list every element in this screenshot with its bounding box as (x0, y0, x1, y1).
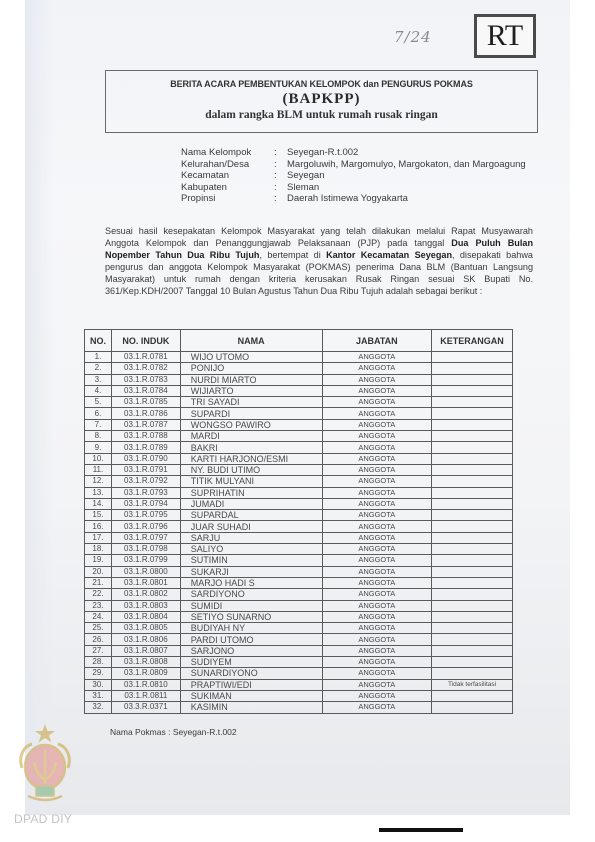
cell-nama: TRI SAYADI (180, 397, 322, 408)
cell-jabatan: ANGGOTA (322, 442, 432, 453)
cell-jabatan: ANGGOTA (322, 634, 432, 645)
cell-keterangan (432, 532, 513, 543)
cell-no: 30. (85, 679, 112, 690)
cell-no-induk: 03.1.R.0800 (111, 566, 180, 577)
info-row: Kabupaten:Sleman (181, 182, 526, 194)
cell-no: 1. (85, 352, 112, 363)
info-colon: : (274, 193, 287, 205)
cell-no-induk: 03.1.R.0790 (111, 453, 180, 464)
table-row: 10.03.1.R.0790KARTI HARJONO/ESMIANGGOTA (85, 453, 513, 464)
cell-no-induk: 03.1.R.0793 (111, 487, 180, 498)
cell-no-induk: 03.1.R.0808 (111, 657, 180, 668)
cell-jabatan: ANGGOTA (322, 555, 432, 566)
cell-jabatan: ANGGOTA (322, 464, 432, 475)
table-row: 32.03.3.R.0371KASIMINANGGOTA (85, 702, 513, 713)
paragraph-text: , bertempat di (259, 250, 326, 260)
table-row: 30.03.1.R.0810PRAPTIWI/EDIANGGOTATidak t… (85, 679, 513, 690)
cell-no: 28. (85, 657, 112, 668)
cell-nama: SUPARDAL (180, 510, 322, 521)
cell-no: 21. (85, 577, 112, 588)
cell-jabatan: ANGGOTA (322, 521, 432, 532)
cell-no: 7. (85, 419, 112, 430)
cell-nama: SUNARDIYONO (180, 668, 322, 679)
table-row: 24.03.1.R.0804SETIYO SUNARNOANGGOTA (85, 611, 513, 622)
table-row: 26.03.1.R.0806PARDI UTOMOANGGOTA (85, 634, 513, 645)
members-table: NO. NO. INDUK NAMA JABATAN KETERANGAN 1.… (84, 329, 513, 714)
cell-no-induk: 03.1.R.0795 (111, 510, 180, 521)
cell-no: 31. (85, 690, 112, 701)
category-box: RT (474, 14, 536, 58)
cell-jabatan: ANGGOTA (322, 397, 432, 408)
cell-no-induk: 03.1.R.0787 (111, 419, 180, 430)
header-no: NO. (85, 330, 112, 352)
cell-no-induk: 03.1.R.0785 (111, 397, 180, 408)
cell-no-induk: 03.1.R.0805 (111, 623, 180, 634)
cell-no-induk: 03.1.R.0807 (111, 645, 180, 656)
cell-jabatan: ANGGOTA (322, 566, 432, 577)
table-row: 19.03.1.R.0799SUTIMINANGGOTA (85, 555, 513, 566)
table-row: 17.03.1.R.0797SARJUANGGOTA (85, 532, 513, 543)
cell-jabatan: ANGGOTA (322, 600, 432, 611)
cell-keterangan (432, 408, 513, 419)
cell-no-induk: 03.1.R.0781 (111, 352, 180, 363)
cell-nama: SUMIDI (180, 600, 322, 611)
table-row: 20.03.1.R.0800SUKARJIANGGOTA (85, 566, 513, 577)
cell-no: 13. (85, 487, 112, 498)
cell-nama: NURDI MIARTO (180, 374, 322, 385)
cell-no-induk: 03.1.R.0791 (111, 464, 180, 475)
pokmas-value: Seyegan-R.t.002 (173, 727, 237, 737)
cell-no-induk: 03.1.R.0783 (111, 374, 180, 385)
pokmas-name: Nama Pokmas : Seyegan-R.t.002 (110, 727, 237, 737)
table-row: 27.03.1.R.0807SARJONOANGGOTA (85, 645, 513, 656)
cell-nama: SUTIMIN (180, 555, 322, 566)
cell-nama: WIJO UTOMO (180, 352, 322, 363)
cell-no: 10. (85, 453, 112, 464)
cell-no: 11. (85, 464, 112, 475)
cell-no-induk: 03.3.R.0371 (111, 702, 180, 713)
info-value: Margoluwih, Margomulyo, Margokaton, dan … (287, 159, 526, 171)
info-row: Nama Kelompok:Seyegan-R.t.002 (181, 147, 526, 159)
table-row: 11.03.1.R.0791NY. BUDI UTIMOANGGOTA (85, 464, 513, 475)
cell-jabatan: ANGGOTA (322, 498, 432, 509)
cell-jabatan: ANGGOTA (322, 690, 432, 701)
header-no-induk: NO. INDUK (111, 330, 180, 352)
cell-no: 27. (85, 645, 112, 656)
cell-no-induk: 03.1.R.0788 (111, 431, 180, 442)
cell-no: 19. (85, 555, 112, 566)
government-emblem-icon (14, 722, 76, 804)
cell-jabatan: ANGGOTA (322, 374, 432, 385)
cell-keterangan: Tidak terfasilitasi (432, 679, 513, 690)
table-row: 8.03.1.R.0788MARDIANGGOTA (85, 431, 513, 442)
cell-jabatan: ANGGOTA (322, 702, 432, 713)
cell-no: 4. (85, 385, 112, 396)
cell-nama: PARDI UTOMO (180, 634, 322, 645)
cell-keterangan (432, 577, 513, 588)
cell-keterangan (432, 634, 513, 645)
table-row: 21.03.1.R.0801MARJO HADI SANGGOTA (85, 577, 513, 588)
cell-nama: SUKIMAN (180, 690, 322, 701)
cell-no: 20. (85, 566, 112, 577)
cell-jabatan: ANGGOTA (322, 487, 432, 498)
cell-keterangan (432, 668, 513, 679)
cell-keterangan (432, 623, 513, 634)
info-value: Seyegan-R.t.002 (287, 147, 358, 159)
cell-no-induk: 03.1.R.0810 (111, 679, 180, 690)
table-row: 6.03.1.R.0786SUPARDIANGGOTA (85, 408, 513, 419)
document-title-box: BERITA ACARA PEMBENTUKAN KELOMPOK dan PE… (105, 70, 538, 133)
info-value: Sleman (287, 182, 319, 194)
cell-no: 6. (85, 408, 112, 419)
cell-keterangan (432, 645, 513, 656)
cell-no: 12. (85, 476, 112, 487)
table-row: 31.03.1.R.0811SUKIMANANGGOTA (85, 690, 513, 701)
cell-no: 15. (85, 510, 112, 521)
cell-jabatan: ANGGOTA (322, 611, 432, 622)
table-row: 2.03.1.R.0782PONIJOANGGOTA (85, 363, 513, 374)
table-row: 28.03.1.R.0808SUDIYEMANGGOTA (85, 657, 513, 668)
cell-no-induk: 03.1.R.0782 (111, 363, 180, 374)
cell-nama: SARJU (180, 532, 322, 543)
table-row: 16.03.1.R.0796JUAR SUHADIANGGOTA (85, 521, 513, 532)
cell-keterangan (432, 555, 513, 566)
cell-no: 25. (85, 623, 112, 634)
info-colon: : (274, 182, 287, 194)
info-colon: : (274, 147, 287, 159)
cell-keterangan (432, 611, 513, 622)
cell-nama: SARJONO (180, 645, 322, 656)
cell-keterangan (432, 600, 513, 611)
cell-no: 3. (85, 374, 112, 385)
table-row: 18.03.1.R.0798SALIYOANGGOTA (85, 544, 513, 555)
table-row: 9.03.1.R.0789BAKRIANGGOTA (85, 442, 513, 453)
cell-jabatan: ANGGOTA (322, 544, 432, 555)
cell-keterangan (432, 352, 513, 363)
cell-keterangan (432, 544, 513, 555)
cell-nama: JUMADI (180, 498, 322, 509)
cell-nama: SETIYO SUNARNO (180, 611, 322, 622)
table-header-row: NO. NO. INDUK NAMA JABATAN KETERANGAN (85, 330, 513, 352)
cell-nama: SUKARJI (180, 566, 322, 577)
cell-nama: TITIK MULYANI (180, 476, 322, 487)
cell-no-induk: 03.1.R.0803 (111, 600, 180, 611)
cell-keterangan (432, 690, 513, 701)
cell-keterangan (432, 419, 513, 430)
cell-no-induk: 03.1.R.0794 (111, 498, 180, 509)
cell-keterangan (432, 397, 513, 408)
table-row: 25.03.1.R.0805BUDIYAH NYANGGOTA (85, 623, 513, 634)
table-row: 1.03.1.R.0781WIJO UTOMOANGGOTA (85, 352, 513, 363)
cell-nama: NY. BUDI UTIMO (180, 464, 322, 475)
cell-no-induk: 03.1.R.0797 (111, 532, 180, 543)
cell-keterangan (432, 442, 513, 453)
cell-jabatan: ANGGOTA (322, 679, 432, 690)
document-title: BERITA ACARA PEMBENTUKAN KELOMPOK dan PE… (106, 79, 537, 89)
handwritten-page-mark: 7/24 (394, 28, 432, 46)
cell-jabatan: ANGGOTA (322, 657, 432, 668)
cell-jabatan: ANGGOTA (322, 510, 432, 521)
cell-no-induk: 03.1.R.0811 (111, 690, 180, 701)
cell-nama: WIJIARTO (180, 385, 322, 396)
cell-keterangan (432, 510, 513, 521)
cell-jabatan: ANGGOTA (322, 532, 432, 543)
pokmas-label: Nama Pokmas (110, 727, 166, 737)
cell-nama: PRAPTIWI/EDI (180, 679, 322, 690)
cell-no-induk: 03.1.R.0789 (111, 442, 180, 453)
cell-keterangan (432, 702, 513, 713)
info-label: Kelurahan/Desa (181, 159, 274, 171)
header-jabatan: JABATAN (322, 330, 432, 352)
cell-nama: MARJO HADI S (180, 577, 322, 588)
table-row: 3.03.1.R.0783NURDI MIARTOANGGOTA (85, 374, 513, 385)
cell-no-induk: 03.1.R.0784 (111, 385, 180, 396)
cell-no: 22. (85, 589, 112, 600)
cell-jabatan: ANGGOTA (322, 589, 432, 600)
cell-keterangan (432, 431, 513, 442)
cell-jabatan: ANGGOTA (322, 363, 432, 374)
cell-no-induk: 03.1.R.0809 (111, 668, 180, 679)
info-label: Kecamatan (181, 170, 274, 182)
cell-nama: MARDI (180, 431, 322, 442)
statement-paragraph: Sesuai hasil kesepakatan Kelompok Masyar… (105, 225, 533, 298)
cell-jabatan: ANGGOTA (322, 408, 432, 419)
cell-nama: SALIYO (180, 544, 322, 555)
info-label: Nama Kelompok (181, 147, 274, 159)
info-row: Kelurahan/Desa:Margoluwih, Margomulyo, M… (181, 159, 526, 171)
cell-jabatan: ANGGOTA (322, 385, 432, 396)
cell-keterangan (432, 363, 513, 374)
cell-keterangan (432, 476, 513, 487)
info-colon: : (274, 159, 287, 171)
header-keterangan: KETERANGAN (432, 330, 513, 352)
cell-jabatan: ANGGOTA (322, 476, 432, 487)
cell-no-induk: 03.1.R.0799 (111, 555, 180, 566)
cell-keterangan (432, 657, 513, 668)
cell-jabatan: ANGGOTA (322, 645, 432, 656)
cell-jabatan: ANGGOTA (322, 453, 432, 464)
table-row: 7.03.1.R.0787WONGSO PAWIROANGGOTA (85, 419, 513, 430)
cell-jabatan: ANGGOTA (322, 668, 432, 679)
cell-no: 9. (85, 442, 112, 453)
cell-nama: PONIJO (180, 363, 322, 374)
cell-nama: KARTI HARJONO/ESMI (180, 453, 322, 464)
cell-no-induk: 03.1.R.0806 (111, 634, 180, 645)
info-label: Propinsi (181, 193, 274, 205)
cell-no-induk: 03.1.R.0804 (111, 611, 180, 622)
cell-nama: WONGSO PAWIRO (180, 419, 322, 430)
cell-jabatan: ANGGOTA (322, 623, 432, 634)
cell-nama: JUAR SUHADI (180, 521, 322, 532)
table-row: 29.03.1.R.0809SUNARDIYONOANGGOTA (85, 668, 513, 679)
cell-nama: SUPARDI (180, 408, 322, 419)
table-row: 15.03.1.R.0795SUPARDALANGGOTA (85, 510, 513, 521)
cell-keterangan (432, 566, 513, 577)
cell-no: 8. (85, 431, 112, 442)
cell-no: 5. (85, 397, 112, 408)
cell-no: 16. (85, 521, 112, 532)
cell-nama: SUDIYEM (180, 657, 322, 668)
cell-no: 2. (85, 363, 112, 374)
cell-no: 18. (85, 544, 112, 555)
cell-keterangan (432, 498, 513, 509)
info-label: Kabupaten (181, 182, 274, 194)
cell-keterangan (432, 374, 513, 385)
document-subtitle: dalam rangka BLM untuk rumah rusak ringa… (106, 109, 537, 121)
cell-no: 26. (85, 634, 112, 645)
table-row: 4.03.1.R.0784WIJIARTOANGGOTA (85, 385, 513, 396)
info-value: Daerah Istimewa Yogyakarta (287, 193, 408, 205)
cell-nama: BAKRI (180, 442, 322, 453)
cell-no-induk: 03.1.R.0801 (111, 577, 180, 588)
cell-keterangan (432, 589, 513, 600)
cell-no-induk: 03.1.R.0792 (111, 476, 180, 487)
cell-no: 23. (85, 600, 112, 611)
table-row: 12.03.1.R.0792TITIK MULYANIANGGOTA (85, 476, 513, 487)
meeting-location: Kantor Kecamatan Seyegan (326, 250, 452, 260)
cell-keterangan (432, 487, 513, 498)
info-value: Seyegan (287, 170, 325, 182)
info-colon: : (274, 170, 287, 182)
cell-keterangan (432, 464, 513, 475)
info-row: Kecamatan:Seyegan (181, 170, 526, 182)
category-label: RT (487, 19, 524, 53)
archive-watermark: DPAD DIY (14, 812, 72, 826)
cell-jabatan: ANGGOTA (322, 577, 432, 588)
cell-no-induk: 03.1.R.0798 (111, 544, 180, 555)
header-nama: NAMA (180, 330, 322, 352)
cell-keterangan (432, 453, 513, 464)
cell-no-induk: 03.1.R.0786 (111, 408, 180, 419)
info-row: Propinsi:Daerah Istimewa Yogyakarta (181, 193, 526, 205)
cell-no: 32. (85, 702, 112, 713)
table-row: 13.03.1.R.0793SUPRIHATINANGGOTA (85, 487, 513, 498)
cell-nama: BUDIYAH NY (180, 623, 322, 634)
cell-keterangan (432, 385, 513, 396)
cell-nama: SUPRIHATIN (180, 487, 322, 498)
table-row: 5.03.1.R.0785TRI SAYADIANGGOTA (85, 397, 513, 408)
cell-no-induk: 03.1.R.0802 (111, 589, 180, 600)
document-abbreviation: (BAPKPP) (106, 91, 537, 108)
cell-no-induk: 03.1.R.0796 (111, 521, 180, 532)
cell-no: 14. (85, 498, 112, 509)
cell-jabatan: ANGGOTA (322, 419, 432, 430)
cell-nama: KASIMIN (180, 702, 322, 713)
table-row: 14.03.1.R.0794JUMADIANGGOTA (85, 498, 513, 509)
cell-keterangan (432, 521, 513, 532)
cell-no: 29. (85, 668, 112, 679)
cell-jabatan: ANGGOTA (322, 431, 432, 442)
cell-no: 17. (85, 532, 112, 543)
scan-artifact-bar (379, 828, 463, 832)
cell-nama: SARDIYONO (180, 589, 322, 600)
table-row: 22.03.1.R.0802SARDIYONOANGGOTA (85, 589, 513, 600)
table-row: 23.03.1.R.0803SUMIDIANGGOTA (85, 600, 513, 611)
cell-jabatan: ANGGOTA (322, 352, 432, 363)
group-info: Nama Kelompok:Seyegan-R.t.002Kelurahan/D… (181, 147, 526, 205)
cell-no: 24. (85, 611, 112, 622)
